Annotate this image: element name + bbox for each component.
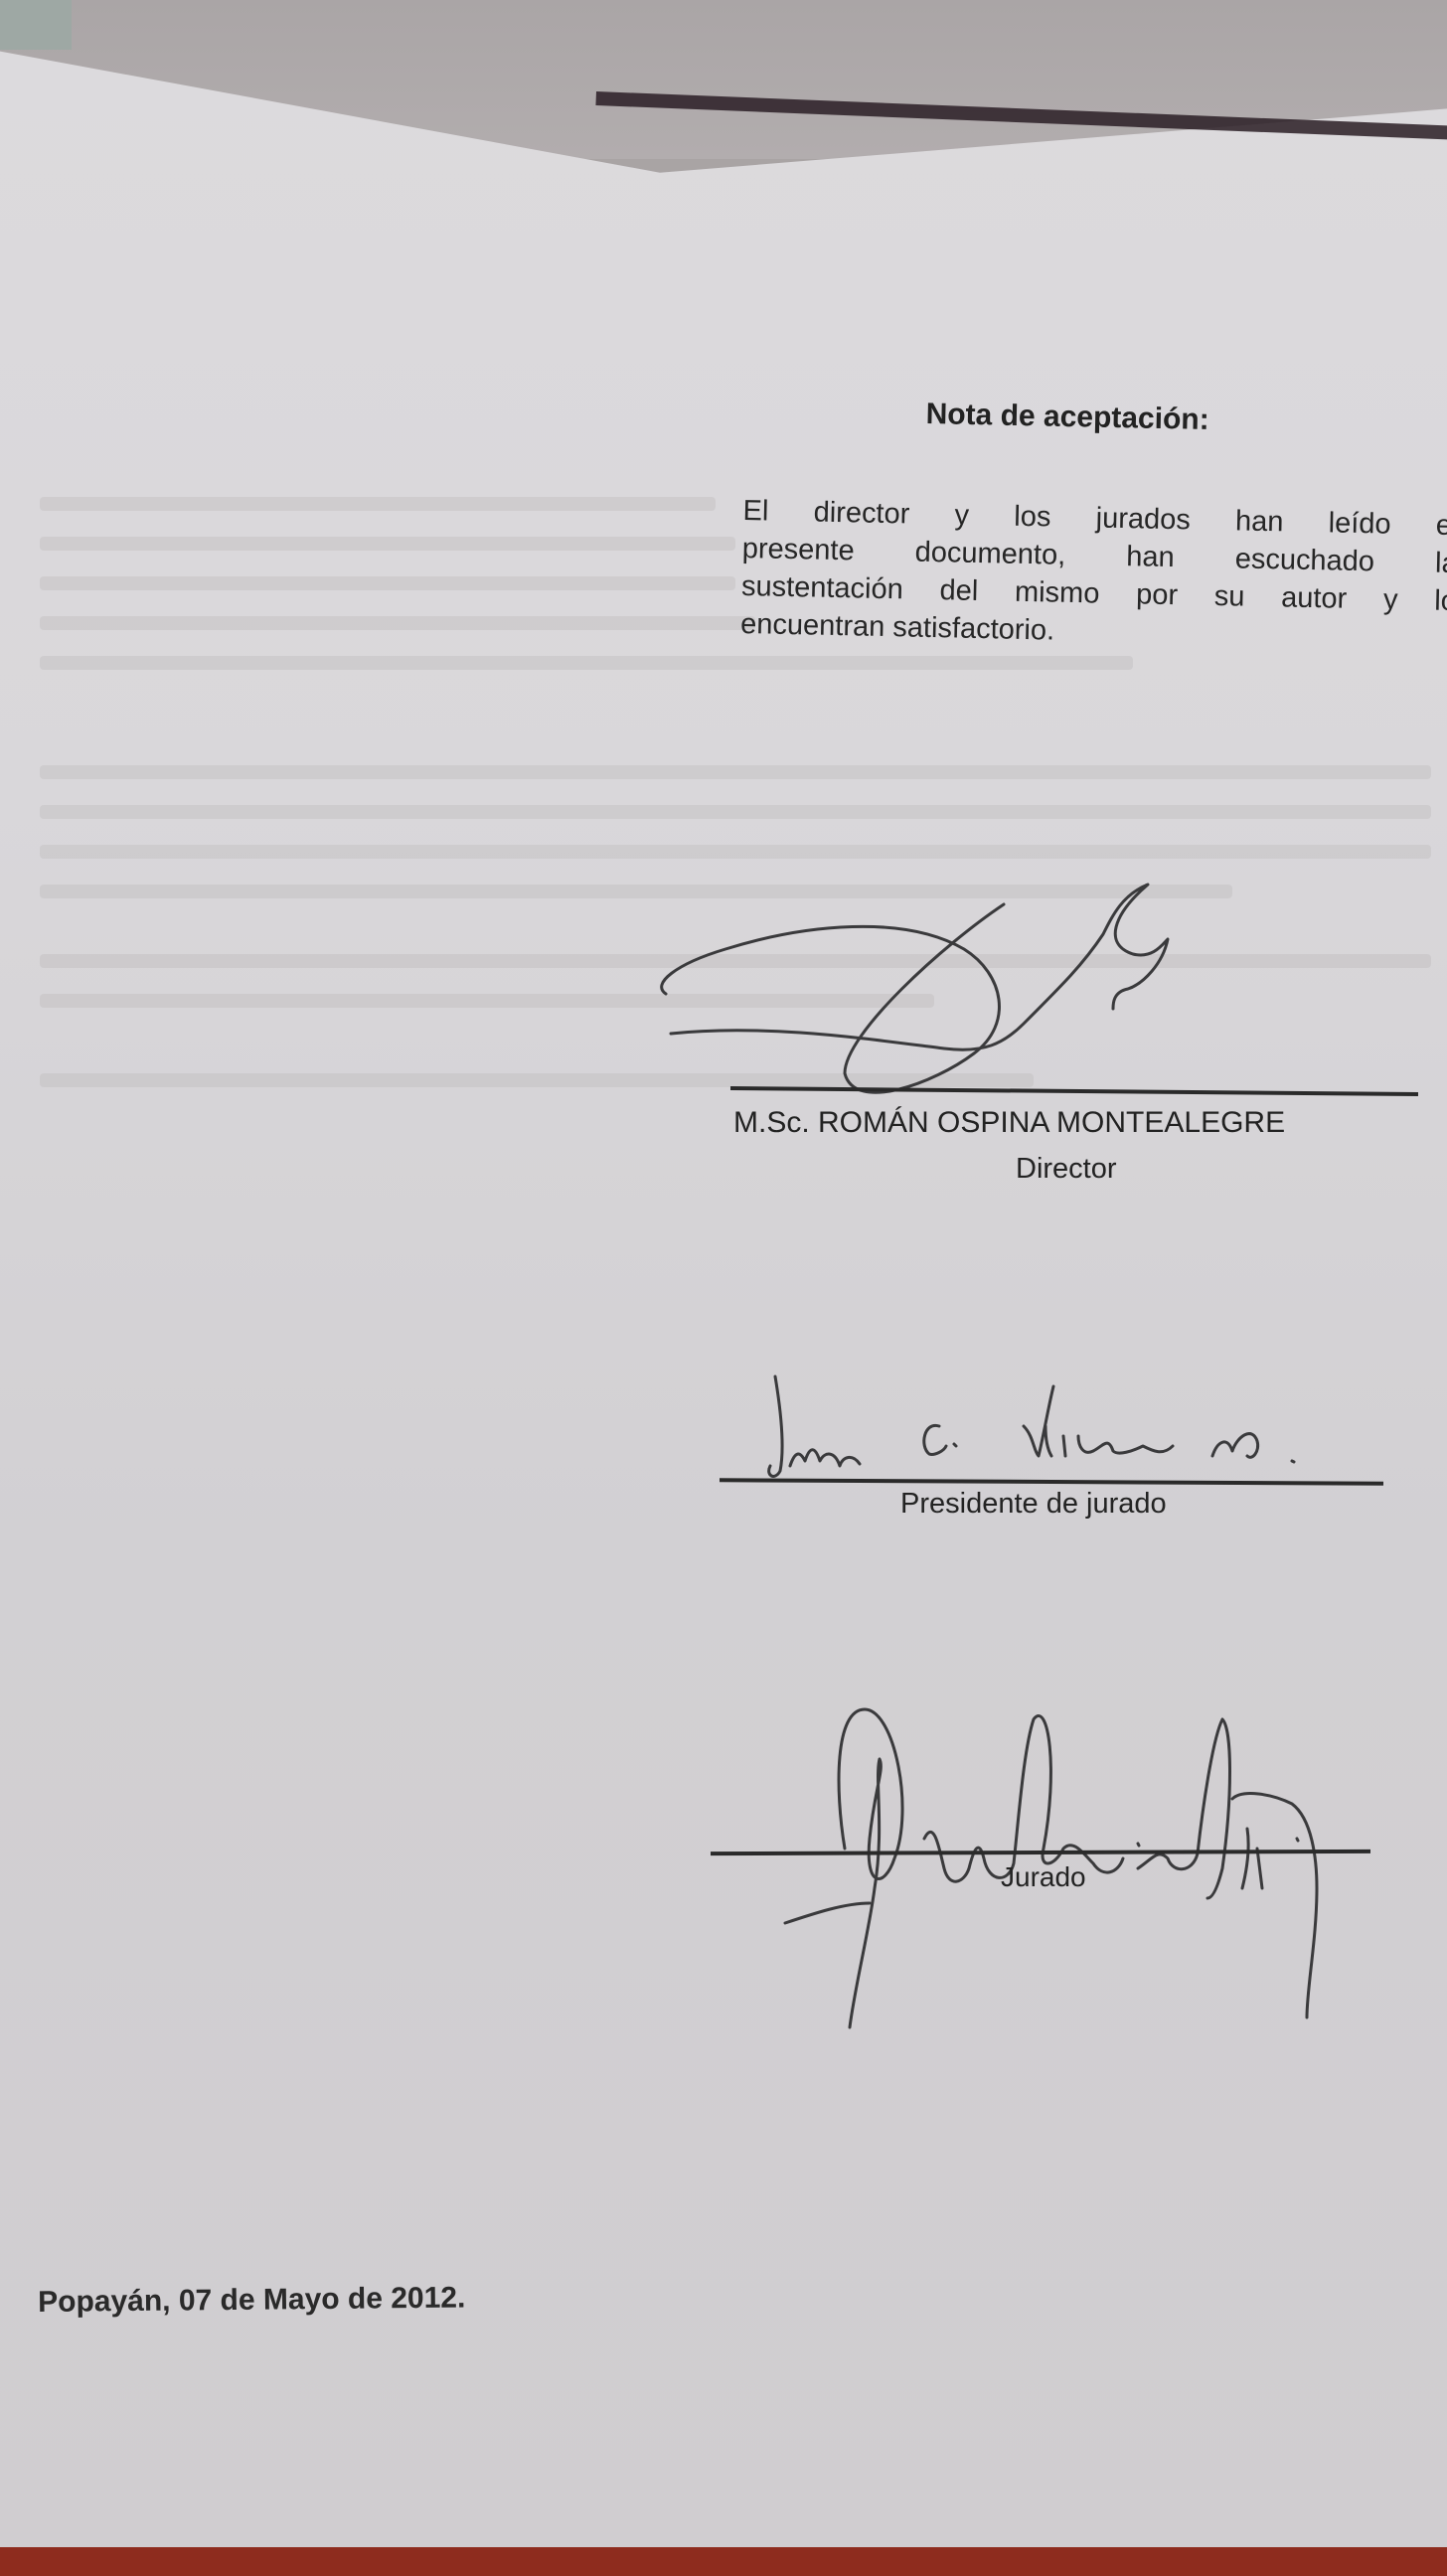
presidente-signature <box>735 1367 1352 1486</box>
director-name: M.Sc. ROMÁN OSPINA MONTEALEGRE <box>733 1106 1285 1140</box>
acceptance-heading: Nota de aceptación: <box>925 398 1209 437</box>
acceptance-paragraph: El director y los jurados han leído el p… <box>740 492 1447 658</box>
background-corner <box>0 0 72 50</box>
red-surface-bottom <box>0 2544 1447 2576</box>
director-signature <box>646 875 1242 1093</box>
place-and-date: Popayán, 07 de Mayo de 2012. <box>38 2281 466 2320</box>
presidente-role: Presidente de jurado <box>900 1488 1167 1521</box>
document-page <box>0 48 1447 2547</box>
jurado-role: Jurado <box>1001 1861 1086 1893</box>
director-role: Director <box>1016 1153 1117 1186</box>
